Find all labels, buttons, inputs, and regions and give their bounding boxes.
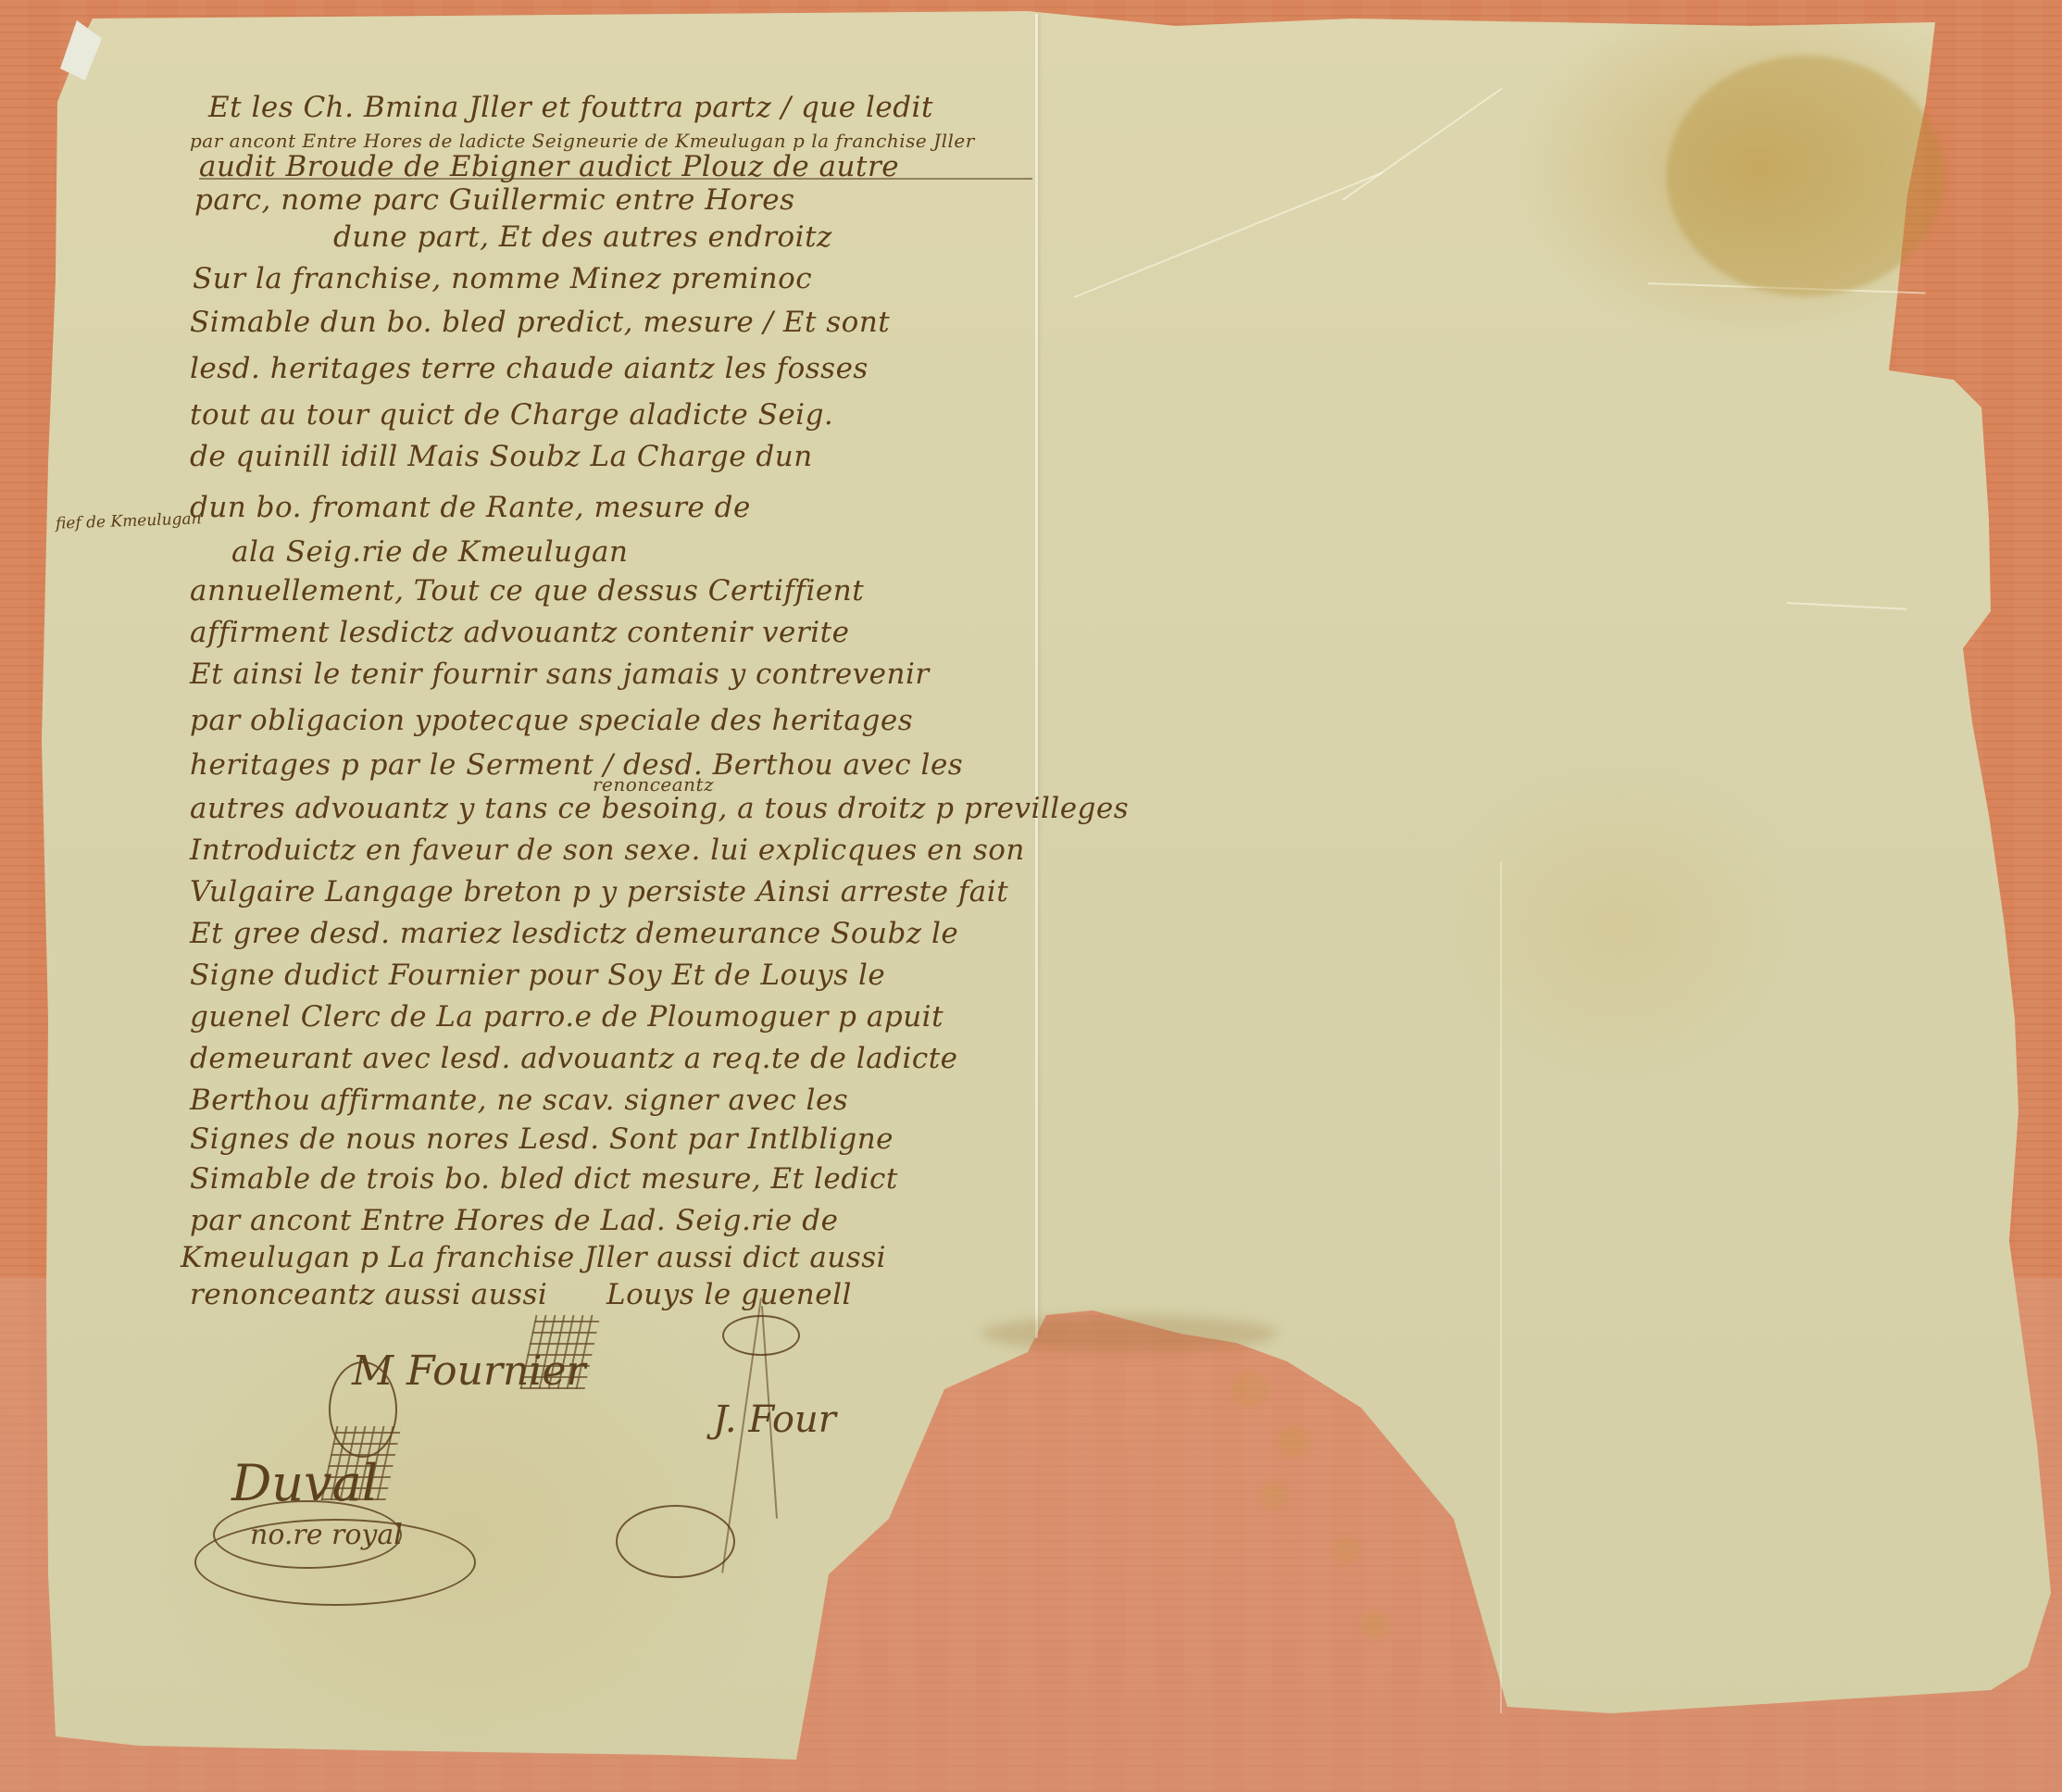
manuscript-line: dune part, Et des autres endroitz [333, 220, 832, 254]
manuscript-line: par ancont Entre Hores de ladicte Seigne… [190, 130, 975, 152]
manuscript-line: demeurant avec lesd. advouantz a req.te … [190, 1042, 958, 1075]
manuscript-line: Signe dudict Fournier pour Soy Et de Lou… [190, 959, 885, 992]
manuscript-line: Kmeulugan p La franchise Jller aussi dic… [181, 1241, 886, 1274]
manuscript-line: lesd. heritages terre chaude aiantz les … [190, 352, 869, 385]
manuscript-line: Signes de nous nores Lesd. Sont par Intl… [190, 1122, 894, 1156]
signature-flourish [722, 1315, 800, 1356]
manuscript-line: par ancont Entre Hores de Lad. Seig.rie … [190, 1204, 838, 1237]
ruled-line [199, 178, 1032, 180]
signature-flourish [213, 1500, 402, 1569]
manuscript-line: affirment lesdictz advouantz contenir ve… [190, 616, 849, 649]
manuscript-line: parc, nome parc Guillermic entre Hores [194, 183, 795, 217]
manuscript-line: Et ainsi le tenir fournir sans jamais y … [190, 658, 930, 691]
manuscript-line: de quinill idill Mais Soubz La Charge du… [190, 440, 813, 473]
manuscript-line: Introduictz en faveur de son sexe. lui e… [190, 833, 1025, 867]
manuscript-line: Simable dun bo. bled predict, mesure / E… [190, 306, 890, 339]
signature-flourish [616, 1505, 735, 1578]
manuscript-line: autres advouantz y tans ce besoing, a to… [190, 792, 1129, 825]
manuscript-line: Et les Ch. Bmina Jller et fouttra partz … [208, 91, 933, 124]
manuscript-line: Louys le guenell [606, 1278, 852, 1311]
signature-four: J. Four [713, 1398, 836, 1441]
manuscript-line: par obligacion ypotecque speciale des he… [190, 704, 913, 737]
manuscript-line: tout au tour quict de Charge aladicte Se… [190, 398, 833, 432]
manuscript-line: heritages p par le Serment / desd. Berth… [190, 748, 963, 782]
margin-note: fief de Kmeulugan [56, 509, 202, 533]
manuscript-line: dun bo. fromant de Rante, mesure de [190, 491, 751, 524]
manuscript-line: Et gree desd. mariez lesdictz demeurance… [190, 917, 958, 950]
manuscript-line: Vulgaire Langage breton p y persiste Ain… [190, 875, 1008, 909]
manuscript-line: annuellement, Tout ce que dessus Certiff… [190, 574, 864, 608]
manuscript-line: Simable de trois bo. bled dict mesure, E… [190, 1162, 898, 1196]
manuscript-line: Berthou affirmante, ne scav. signer avec… [190, 1084, 848, 1117]
manuscript-line: renonceantz aussi aussi [190, 1278, 547, 1311]
manuscript-line: ala Seig.rie de Kmeulugan [231, 535, 628, 569]
manuscript-line: guenel Clerc de La parro.e de Ploumoguer… [190, 1000, 944, 1034]
manuscript-line: Sur la franchise, nomme Minez preminoc [193, 262, 812, 295]
